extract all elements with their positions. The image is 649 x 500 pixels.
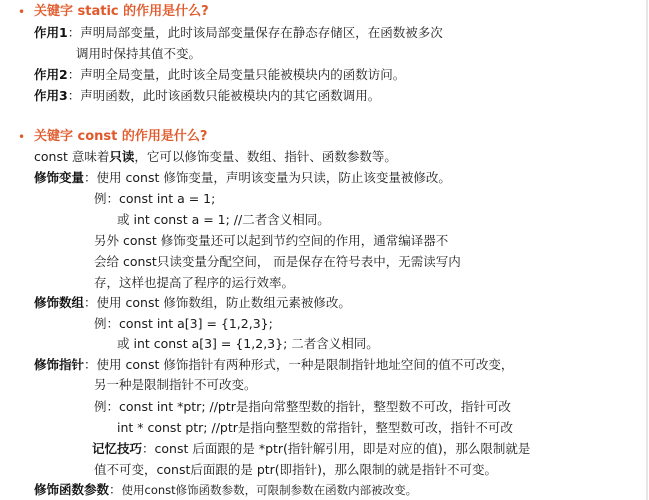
static-item-3-label: 作用3 (34, 88, 68, 103)
separator: ： (142, 441, 155, 456)
static-item-1-text: 声明局部变量，此时该局部变量保存在静态存储区，在函数被多次 (80, 25, 443, 40)
array-label: 修饰数组 (34, 295, 84, 310)
static-item-2: 作用2：声明全局变量，此时该全局变量只能被模块内的函数访问。 (34, 67, 405, 83)
variable-example-1: 例：const int a = 1; (94, 191, 215, 207)
separator: ： (109, 482, 122, 497)
pointer-tip: 记忆技巧：const 后面跟的是 *ptr(指针解引用，即是对应的值)，那么限制… (92, 441, 530, 457)
variable-note-1: 另外 const 修饰变量还可以起到节约空间的作用，通常编译器不 (94, 233, 448, 249)
page-edge (646, 0, 648, 500)
param-label: 修饰函数参数 (34, 482, 109, 497)
array-example-2: 或 int const a[3] = {1,2,3}; 二者含义相同。 (117, 336, 379, 352)
separator: ： (68, 88, 81, 103)
bullet-icon: • (18, 4, 25, 20)
separator: ： (84, 295, 97, 310)
pointer-tip-2: 值不可变，const后面跟的是 ptr(即指针)，那么限制的就是指针不可变。 (94, 462, 497, 478)
separator: ： (84, 357, 97, 372)
static-item-3-text: 声明函数，此时该函数只能被模块内的其它函数调用。 (80, 88, 380, 103)
array-example-1: 例：const int a[3] = {1,2,3}; (94, 316, 273, 332)
static-heading: 关键字 static 的作用是什么? (34, 4, 209, 20)
static-item-3: 作用3：声明函数，此时该函数只能被模块内的其它函数调用。 (34, 88, 380, 104)
pointer-example-1: 例：const int *ptr; //ptr是指向常整型数的指针，整型数不可改… (94, 399, 511, 415)
intro-emphasis: 只读 (109, 149, 134, 164)
variable-note-3: 存，这样也提高了程序的运行效率。 (94, 275, 294, 291)
separator: ： (84, 170, 97, 185)
separator: ： (68, 25, 81, 40)
const-pointer: 修饰指针：使用 const 修饰指针有两种形式，一种是限制指针地址空间的值不可改… (34, 357, 513, 373)
static-item-2-text: 声明全局变量，此时该全局变量只能被模块内的函数访问。 (80, 67, 405, 82)
static-item-2-label: 作用2 (34, 67, 68, 82)
pointer-label: 修饰指针 (34, 357, 84, 372)
static-item-1-label: 作用1 (34, 25, 68, 40)
tip-label: 记忆技巧 (92, 441, 142, 456)
pointer-text: 使用 const 修饰指针有两种形式，一种是限制指针地址空间的值不可改变， (97, 357, 514, 372)
variable-label: 修饰变量 (34, 170, 84, 185)
intro-text: const 意味着 (34, 149, 109, 164)
param-text: 使用const修饰函数参数，可限制参数在函数内部被改变。 (122, 483, 418, 497)
const-intro: const 意味着只读，它可以修饰变量、数组、指针、函数参数等。 (34, 149, 397, 165)
const-param: 修饰函数参数：使用const修饰函数参数，可限制参数在函数内部被改变。 (34, 482, 417, 498)
intro-text-end: ，它可以修饰变量、数组、指针、函数参数等。 (134, 149, 397, 164)
pointer-text-2: 另一种是限制指针不可改变。 (94, 377, 257, 393)
variable-note-2: 会给 const只读变量分配空间， 而是保存在符号表中，无需读写内 (94, 254, 461, 270)
variable-example-2: 或 int const a = 1; //二者含义相同。 (117, 212, 330, 228)
separator: ： (68, 67, 81, 82)
pointer-example-2: int * const ptr; //ptr是指向整型数的常指针，整型数可改，指… (117, 420, 513, 436)
static-item-1: 作用1：声明局部变量，此时该局部变量保存在静态存储区，在函数被多次 (34, 25, 443, 41)
const-heading: 关键字 const 的作用是什么? (34, 129, 207, 145)
static-item-1-cont: 调用时保持其值不变。 (76, 46, 201, 62)
const-variable: 修饰变量：使用 const 修饰变量，声明该变量为只读，防止该变量被修改。 (34, 170, 451, 186)
bullet-icon: • (18, 129, 25, 145)
tip-text: const 后面跟的是 *ptr(指针解引用，即是对应的值)，那么限制就是 (155, 441, 531, 456)
array-text: 使用 const 修饰数组，防止数组元素被修改。 (97, 295, 351, 310)
const-array: 修饰数组：使用 const 修饰数组，防止数组元素被修改。 (34, 295, 351, 311)
variable-text: 使用 const 修饰变量，声明该变量为只读，防止该变量被修改。 (97, 170, 451, 185)
